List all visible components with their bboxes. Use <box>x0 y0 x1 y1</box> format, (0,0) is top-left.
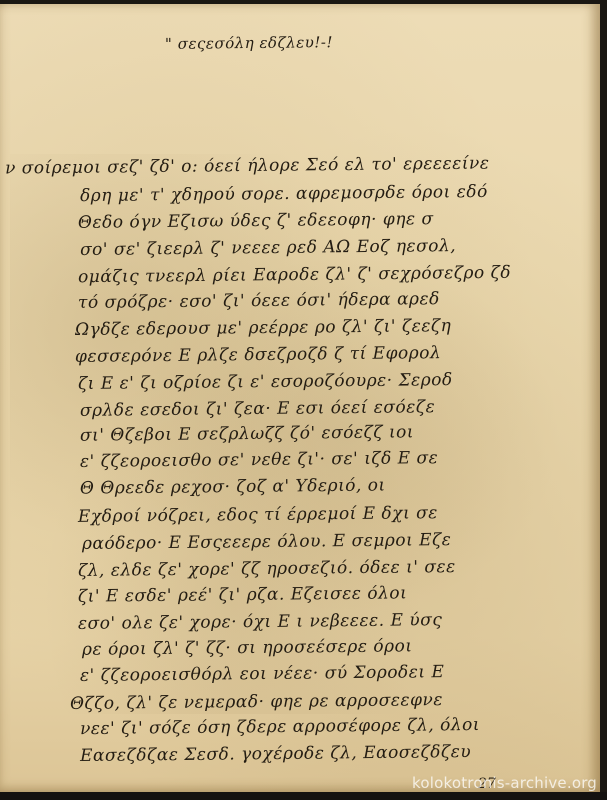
manuscript-line: τό σρόζρε· εσο' ζι' όεεε όσι' ήδερα αρεδ <box>78 289 440 313</box>
manuscript-line: Εχδροί νόζρει, εδος τί έρρεμοί Ε δχι σε <box>78 503 438 527</box>
manuscript-line: νεε' ζι' σόζε όση ζδερε αρροσέφορε ζλ, ό… <box>80 715 480 739</box>
manuscript-line: εσο' ολε ζε' χορε· όχι Ε ι νεβεεεε. Ε ύσ… <box>78 610 442 634</box>
manuscript-line: ε' ζζεοροεισθόρλ εοι νέεε· σύ Σοροδει Ε <box>80 662 445 686</box>
manuscript-line: Θεδο όγν Εζισω ύδες ζ' εδεεοφη· φηε σ <box>78 209 434 233</box>
scan-border <box>0 792 607 800</box>
manuscript-line: ζλ, ελδε ζε' χορε' ζζ ηροσεζιό. όδεε ι' … <box>78 557 456 581</box>
manuscript-heading: " σεςεσόλη εδζλευ!-! <box>165 33 333 53</box>
manuscript-line: δρη με' τ' χδηρού σορε. αφρεμοσρδε όροι … <box>80 182 488 206</box>
manuscript-line: ε' ζζεοροεισθο σε' νεθε ζι'· σε' ιζδ Ε σ… <box>80 448 438 472</box>
manuscript-line: σι' Θζεβοι Ε σεζρλωζζ ζό' εσόεζζ ιοι <box>80 422 414 445</box>
manuscript-line: σο' σε' ζιεερλ ζ' νεεεε ρεδ ΑΩ Εοζ ηεσολ… <box>80 236 456 260</box>
manuscript-page: " σεςεσόλη εδζλευ!-! ν σοίρεμοι σεζ' ζδ'… <box>0 4 600 794</box>
manuscript-line: ομάζις τνεερλ ρίει Εαροδε ζλ' ζ' σεχρόσε… <box>78 263 511 288</box>
manuscript-line: Θζζο, ζλ' ζε νεμεραδ· φηε ρε αρροσεεφνε <box>70 690 443 714</box>
manuscript-line: ραόδερο· Ε Εσςεεερε όλου. Ε σεμροι Εζε <box>82 530 452 554</box>
manuscript-line: Θ Θρεεδε ρεχοσ· ζοζ α' Υδεριό, οι <box>80 475 386 498</box>
manuscript-line: φεσσερόνε Ε ρλζε δσεζροζδ ζ τί Εφορολ <box>75 343 441 367</box>
manuscript-line: Ωγδζε εδερουσ με' ρεέρρε ρο ζλ' ζι' ζεεζ… <box>75 316 451 340</box>
manuscript-line: ρε όροι ζλ' ζ' ζζ· σι ηροσεέσερε όροι <box>82 636 413 659</box>
manuscript-line: Εασεζδζαε Σεσδ. γοχέροδε ζλ, Εαοσεζδζευ <box>80 742 471 766</box>
manuscript-line: ζι Ε ε' ζι οζρίοε ζι ε' εσοροζόουρε· Σερ… <box>78 370 453 394</box>
manuscript-line: ζι' Ε εσδε' ρεέ' ζι' ρζα. Εζεισεε όλοι <box>78 583 407 606</box>
archive-watermark: kolokotronis-archive.org <box>412 774 597 792</box>
manuscript-line: ν σοίρεμοι σεζ' ζδ' ο: όεεί ήλορε Σεό ελ… <box>5 153 490 178</box>
manuscript-line: σρλδε εσεδοι ζι' ζεα· Ε εσι όεεί εσόεζε <box>80 397 435 421</box>
